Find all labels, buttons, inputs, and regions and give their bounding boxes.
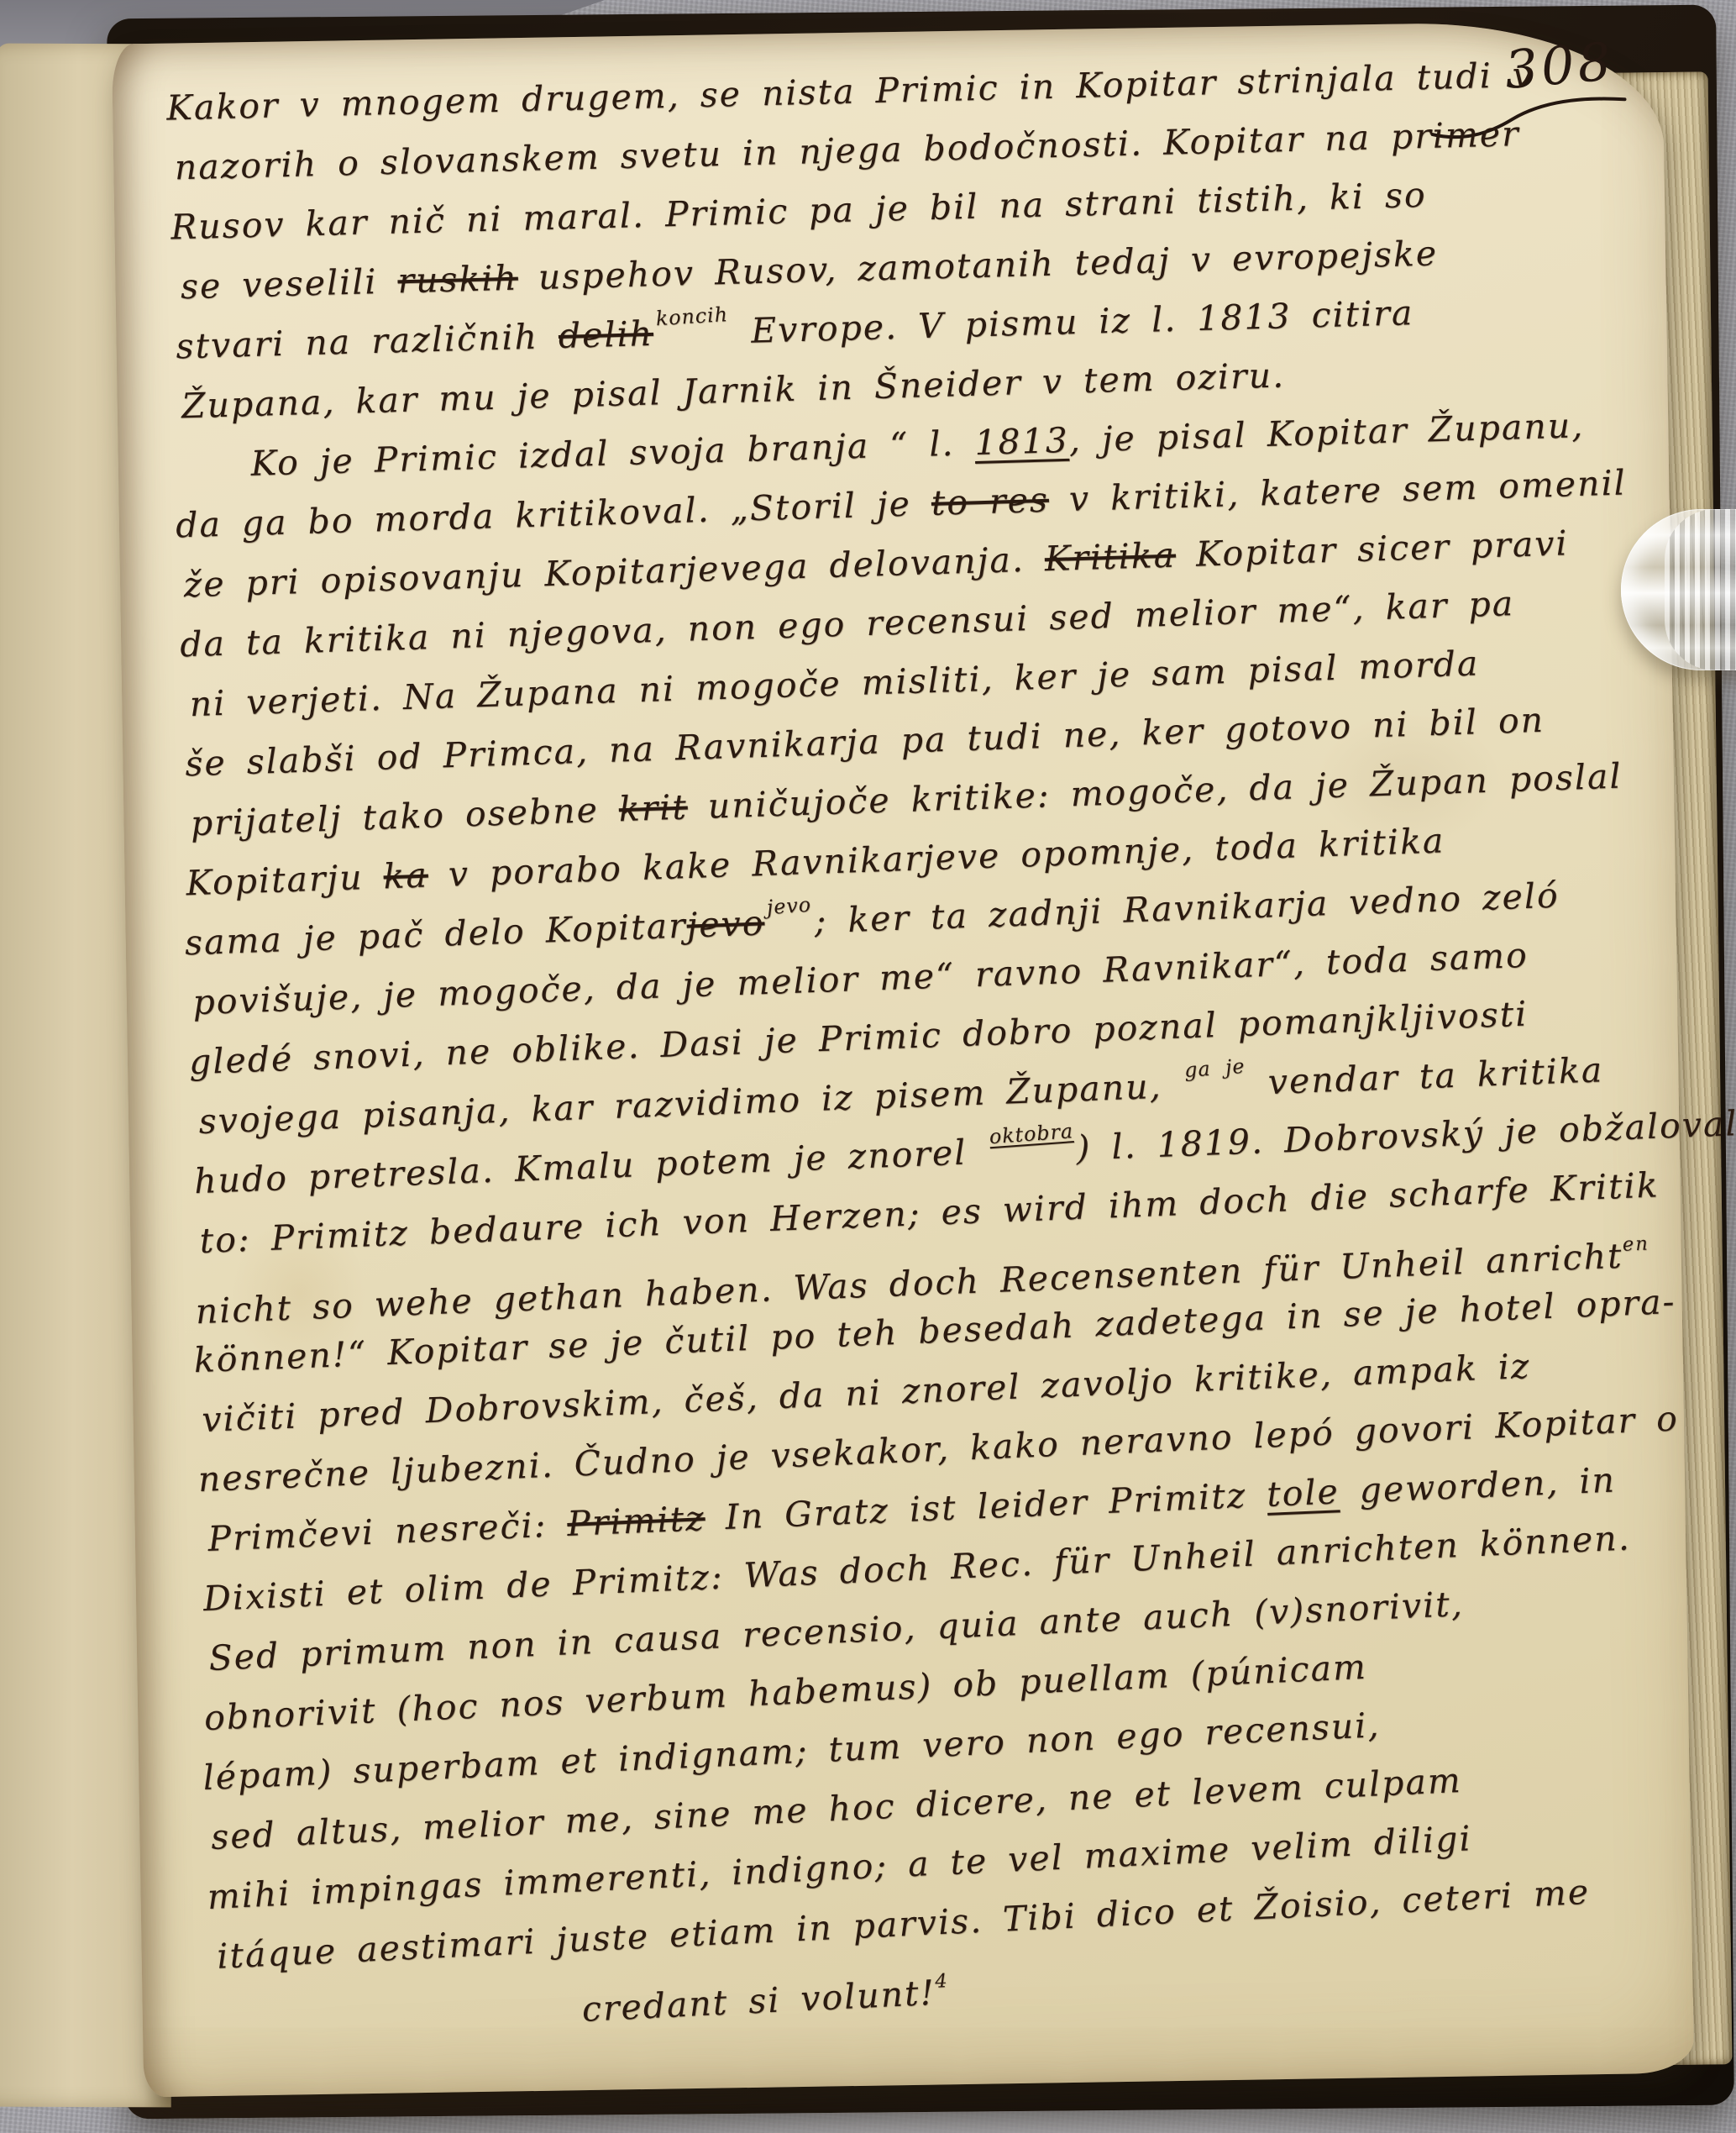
- text-segment: prijatelj tako osebne: [190, 789, 619, 843]
- text-segment: Kopitarju: [186, 856, 385, 903]
- text-segment-sup: en: [1622, 1233, 1649, 1256]
- text-segment: sama je pač delo Kopitar: [184, 906, 687, 964]
- text-segment-strike: to res: [931, 480, 1049, 523]
- text-segment-u: tole: [1266, 1471, 1340, 1515]
- text-segment: Evrope. V pismu iz l. 1813 citira: [731, 292, 1414, 351]
- text-segment: geworden, in: [1339, 1459, 1617, 1511]
- text-segment: credant si volunt!: [581, 1973, 936, 2030]
- text-segment-strike: krit: [618, 787, 689, 830]
- text-segment: , je pisal Kopitar Županu,: [1068, 405, 1585, 460]
- text-segment-strike: ka: [383, 855, 429, 897]
- text-segment: se veselili: [180, 260, 398, 307]
- text-segment: Ko je Primic izdal svoja branja “ l.: [250, 423, 975, 484]
- text-segment-ins-u: oktobra: [987, 1101, 1075, 1167]
- text-segment: Kopitar sicer pravi: [1175, 523, 1569, 575]
- text-segment-strike: delih: [558, 313, 653, 356]
- photo-scene: 308 Kakor v mnogem drugem, se nista Prim…: [0, 0, 1736, 2133]
- text-segment-ins: koncih: [653, 285, 729, 349]
- text-segment: stvari na različnih: [176, 316, 559, 366]
- text-segment: v kritiki, katere sem omenil: [1048, 462, 1627, 519]
- text-segment: Primčevi nesreči:: [207, 1504, 568, 1559]
- text-segment-ins: jevo: [764, 875, 813, 938]
- text-segment-strike: Kritika: [1044, 535, 1177, 580]
- text-segment-strike: Primitz: [566, 1498, 705, 1544]
- text-segment-strike: jevo: [686, 902, 765, 945]
- text-segment: vendar ta kritika: [1247, 1049, 1604, 1103]
- glass-flutes: [1665, 509, 1736, 670]
- text-segment-u: 1813: [974, 420, 1070, 463]
- text-segment-ins: ga je: [1182, 1037, 1246, 1101]
- manuscript-text: Kakor v mnogem drugem, se nista Primic i…: [166, 46, 1687, 2046]
- manuscript-page: 308 Kakor v mnogem drugem, se nista Prim…: [112, 20, 1694, 2098]
- text-segment-strike: ruskih: [397, 258, 519, 302]
- text-segment-sup: 4: [935, 1970, 950, 1993]
